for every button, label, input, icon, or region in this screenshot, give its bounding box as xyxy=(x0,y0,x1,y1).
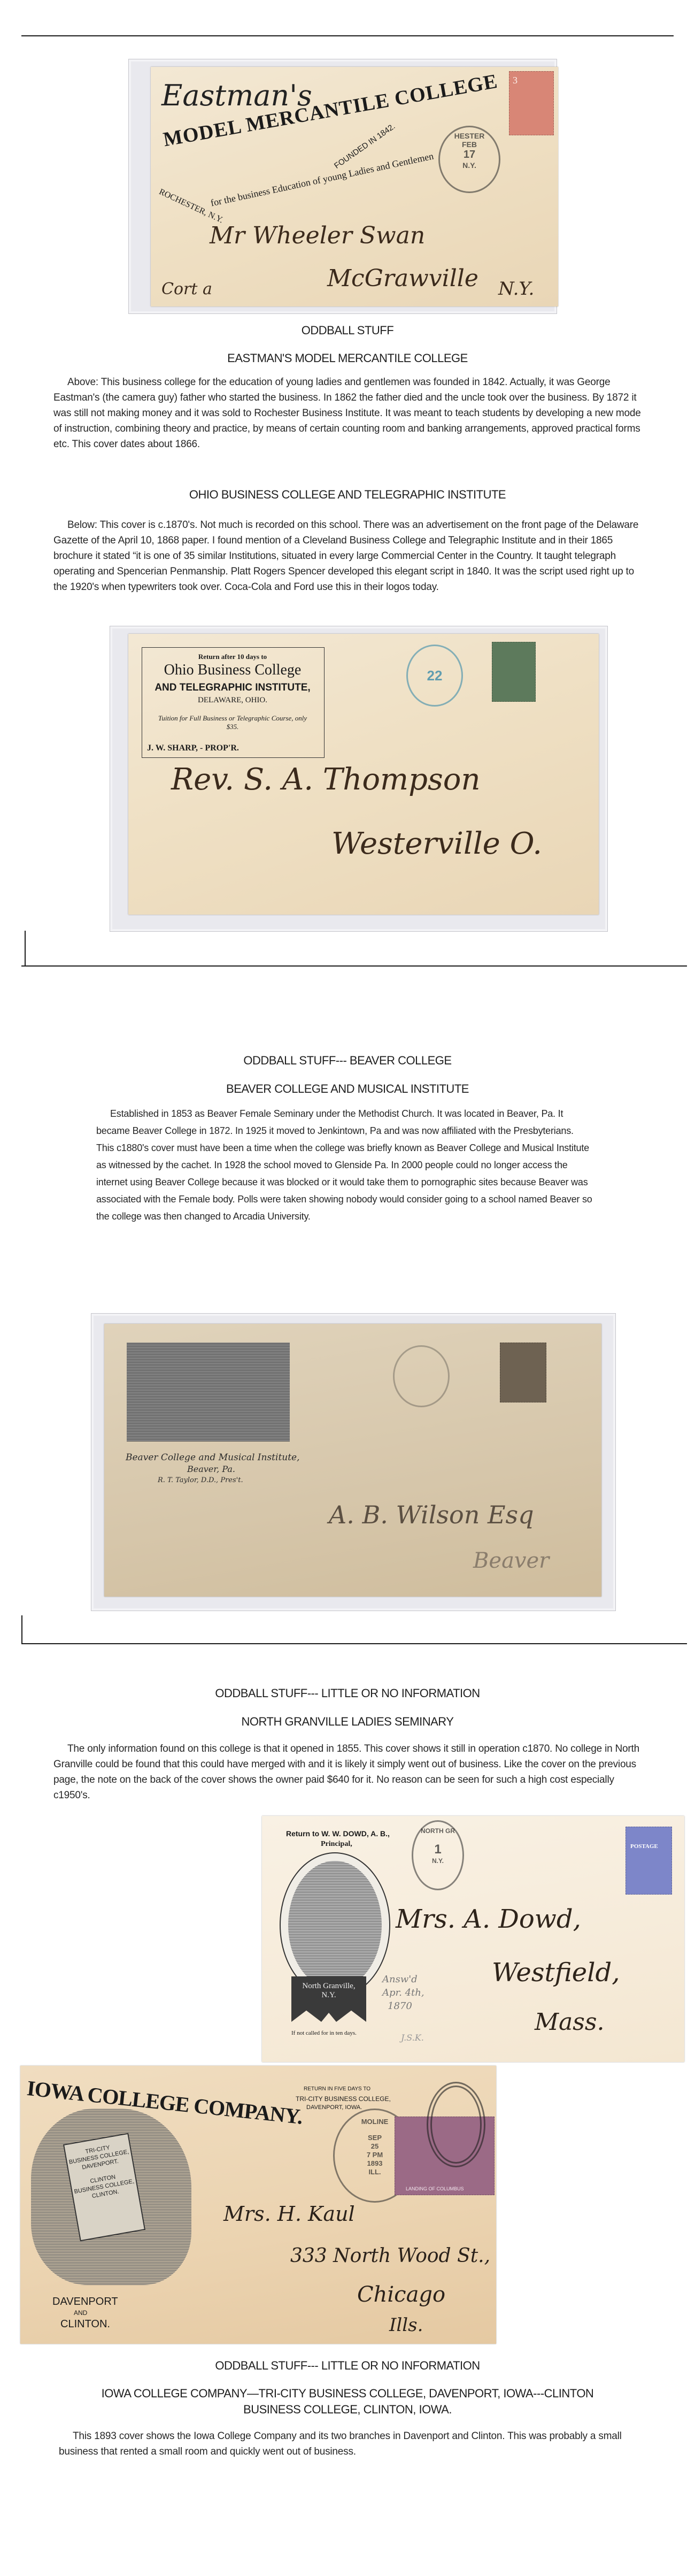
cachet-return: Return after 10 days to xyxy=(142,653,323,661)
beaver-description: Established in 1853 as Beaver Female Sem… xyxy=(96,1105,593,1225)
cachet-city-2: CLINTON. xyxy=(60,2318,110,2330)
pencil-note-3: 1870 xyxy=(388,2000,412,2012)
cachet-proprietor: J. W. SHARP, - PROP'R. xyxy=(147,743,239,753)
cachet-city-and: AND xyxy=(74,2309,87,2317)
cachet-city: Beaver, Pa. xyxy=(187,1464,235,1474)
iowa-description: This 1893 cover shows the Iowa College C… xyxy=(59,2428,642,2459)
address-line-3: Chicago xyxy=(357,2282,445,2307)
address-line-2: Westfield, xyxy=(492,1958,620,1988)
granville-cover: Return to W. W. DOWD, A. B., Principal, … xyxy=(262,1816,684,2062)
cachet-president: R. T. Taylor, D.D., Pres't. xyxy=(158,1476,243,1484)
cachet-name: Beaver College and Musical Institute, xyxy=(126,1452,300,1463)
stamp-blue: POSTAGE xyxy=(625,1827,672,1895)
section-title: BEAVER COLLEGE AND MUSICAL INSTITUTE xyxy=(0,1082,695,1096)
stamp-3c-red: 3 xyxy=(509,71,554,135)
cachet-subtitle: AND TELEGRAPHIC INSTITUTE, xyxy=(142,682,323,694)
address-line-2: Beaver xyxy=(473,1548,549,1573)
ohio-cover: Return after 10 days to Ohio Business Co… xyxy=(128,634,599,915)
eastman-cover: Eastman's MODEL MERCANTILE COLLEGE FOUND… xyxy=(151,67,558,306)
return-line-2: TRI-CITY BUSINESS COLLEGE, xyxy=(296,2095,391,2103)
cachet-banner: North Granville, N.Y. xyxy=(291,1976,366,2022)
address-line-3: Mass. xyxy=(535,2008,604,2036)
cover-tagline: for the business Education of young Ladi… xyxy=(210,150,435,209)
address-line-2: 333 North Wood St., xyxy=(290,2245,490,2267)
cachet-name: Ohio Business College xyxy=(142,662,323,679)
address-line-2: McGrawville xyxy=(327,265,478,292)
pencil-initials: J.S.K. xyxy=(401,2033,424,2043)
cachet-notice: If not called for in ten days. xyxy=(291,2030,357,2036)
page-rule xyxy=(21,965,687,967)
section-title: EASTMAN'S MODEL MERCANTILE COLLEGE xyxy=(0,351,695,365)
college-engraving xyxy=(127,1343,290,1442)
address-line-1: Rev. S. A. Thompson xyxy=(171,762,481,797)
address-line-1: Mr Wheeler Swan xyxy=(210,222,425,249)
section-heading: ODDBALL STUFF xyxy=(0,324,695,338)
iowa-cover: IOWA COLLEGE COMPANY. TRI-CITY BUSINESS … xyxy=(20,2066,496,2344)
beaver-cover: Beaver College and Musical Institute, Be… xyxy=(104,1324,601,1597)
cachet-city: DELAWARE, OHIO. xyxy=(142,696,323,705)
section-title: OHIO BUSINESS COLLEGE AND TELEGRAPHIC IN… xyxy=(0,488,695,502)
postmark xyxy=(393,1345,450,1407)
return-line-3: DAVENPORT, IOWA. xyxy=(306,2104,362,2111)
cachet-return: Return to W. W. DOWD, A. B., xyxy=(286,1829,390,1838)
pencil-note-1: Answ'd xyxy=(382,1974,418,1985)
address-line-1: Mrs. A. Dowd, xyxy=(396,1904,581,1934)
address-line-4: Ills. xyxy=(389,2314,423,2336)
cover-note: Cort a xyxy=(161,280,212,298)
postmark: HESTER FEB 17 N.Y. xyxy=(438,126,500,193)
postmark: 22 xyxy=(406,645,463,707)
page-rule xyxy=(21,1615,22,1643)
page-rule xyxy=(21,1643,687,1644)
section-title: NORTH GRANVILLE LADIES SEMINARY xyxy=(0,1715,695,1729)
cachet-principal: Principal, xyxy=(321,1840,352,1849)
address-line-2: Westerville O. xyxy=(331,826,542,861)
stamp-brown xyxy=(500,1343,546,1402)
address-line-3: N.Y. xyxy=(498,278,534,300)
seminary-oval xyxy=(281,1853,389,1997)
section-heading: ODDBALL STUFF--- LITTLE OR NO INFORMATIO… xyxy=(0,1686,695,1700)
pencil-note-2: Apr. 4th, xyxy=(382,1987,424,1998)
eastman-description: Above: This business college for the edu… xyxy=(53,374,642,452)
cachet-city-1: DAVENPORT xyxy=(52,2296,118,2308)
stamp-green xyxy=(492,642,536,702)
section-title: IOWA COLLEGE COMPANY—TRI-CITY BUSINESS C… xyxy=(75,2386,620,2418)
address-line-1: A. B. Wilson Esq xyxy=(329,1500,534,1529)
address-line-1: Mrs. H. Kaul xyxy=(223,2202,355,2226)
ohio-description: Below: This cover is c.1870's. Not much … xyxy=(53,517,642,595)
page-rule xyxy=(21,35,674,36)
return-line-1: RETURN IN FIVE DAYS TO xyxy=(304,2086,370,2092)
section-heading: ODDBALL STUFF--- LITTLE OR NO INFORMATIO… xyxy=(0,2359,695,2373)
section-heading: ODDBALL STUFF--- BEAVER COLLEGE xyxy=(0,1054,695,1068)
granville-description: The only information found on this colle… xyxy=(53,1741,642,1803)
page-rule xyxy=(25,931,26,965)
target-cancel xyxy=(427,2082,485,2167)
cachet-tuition: Tuition for Full Business or Telegraphic… xyxy=(152,714,313,731)
postmark: NORTH GR 1 N.Y. xyxy=(412,1820,464,1890)
